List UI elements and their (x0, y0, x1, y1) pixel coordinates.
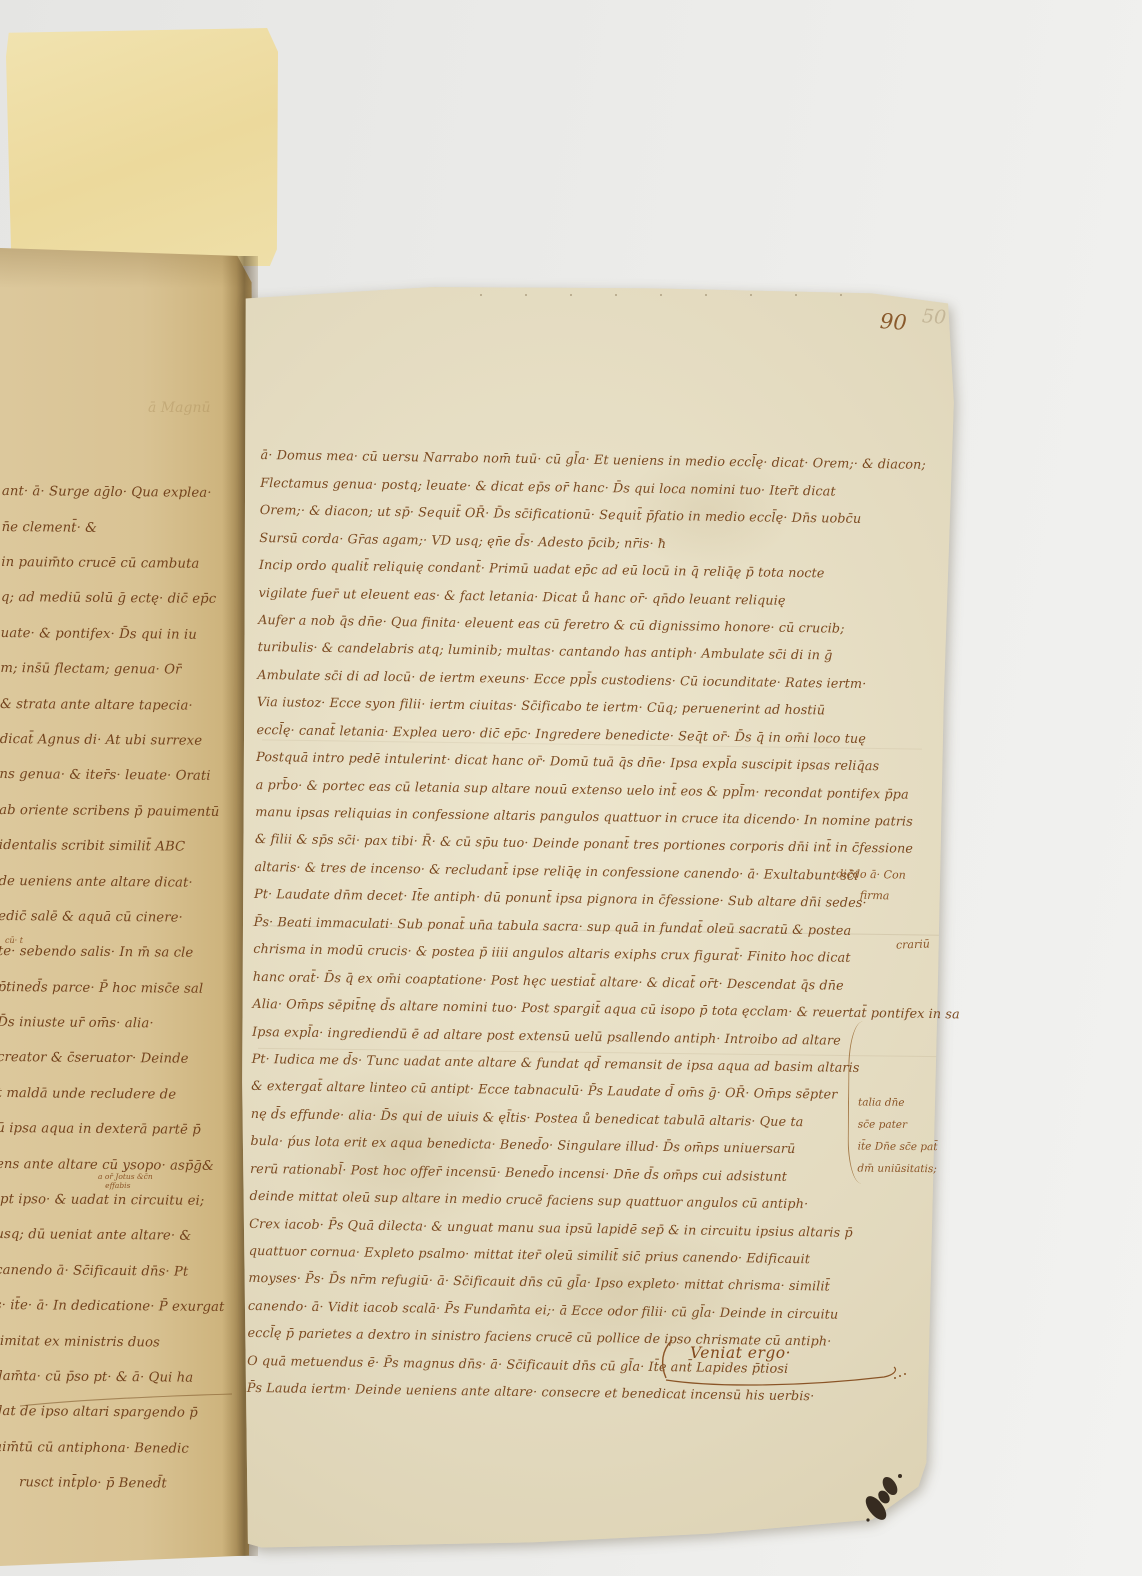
margin-catchword: crariū (896, 937, 930, 951)
margin-note-line: it̄e Dn̄e sc̄e pat̄ (858, 1136, 980, 1159)
folio-number-offset-ghost: 50 (921, 305, 947, 329)
manuscript-line: s· it̄e· ā· In dedicatione· P̄ exurgat (0, 1288, 225, 1325)
manuscript-line: ns genua· & iter̄s· leuate· Orati (0, 757, 229, 794)
manuscript-line: creator & c̄seruator· Deinde (0, 1040, 227, 1077)
manuscript-line: t maldā unde recludere de (0, 1076, 226, 1113)
manuscript-line: ab oriente scribens p̄ pauimentū (0, 793, 229, 830)
margin-bracket-note: talia dn̄esc̄e paterit̄e Dn̄e sc̄e pat̄d… (847, 1021, 980, 1184)
manuscript-line: timitat ex ministris duos (0, 1324, 224, 1361)
manuscript-line: n̄e clement̄· & (1, 510, 231, 547)
margin-note-line: firma (836, 884, 906, 906)
manuscript-line: uate· & pontifex· D̄s qui in iu (1, 616, 231, 653)
manuscript-line: usq; dū ueniat ante altare· & (0, 1217, 225, 1254)
manuscript-line: m; ins̄ū flectam; genua· Or̄ (0, 651, 230, 688)
folio-number: 90 (879, 309, 907, 335)
manuscript-line: D̄s iniuste ur̄ om̄s· alia· (0, 1005, 227, 1042)
manuscript-line: & strata ante altare tapecia· (0, 687, 230, 724)
flyleaf-corner (6, 28, 278, 266)
pricking-dots (480, 294, 860, 298)
underline-flourish (16, 1392, 236, 1414)
manuscript-line: canendo ā· Sc̄ificauit dn̄s· Pt (0, 1253, 225, 1290)
tiny-gloss-note: cū· t (5, 936, 23, 945)
left-page-text-column: ant· ā· Surge aḡlo· Qua explea·n̄e cleme… (0, 368, 233, 1503)
ink-blot (858, 1466, 910, 1532)
manuscript-line: identalis scribit similit̄ ABC (0, 828, 229, 865)
margin-note-confirma: dic̄do ā· Con firma (836, 863, 906, 906)
manuscript-line: edic̄ salē & aquā cū cinere· (0, 899, 228, 936)
manuscript-line: te· sebendo salis· In m̄ sa cle (0, 934, 228, 971)
manuscript-photo: ant· ā· Surge aḡlo· Qua explea·n̄e cleme… (0, 0, 1142, 1576)
main-text-column: ā· Domus mea· cū uersu Narrabo nom̄ tuū·… (247, 360, 862, 1411)
margin-note-line: dm̄ uniūsitatis; (857, 1158, 979, 1181)
manuscript-line: p̄tined̄s parce· P̄ hoc misc̄e sal (0, 970, 227, 1007)
manuscript-line: dam̄ta· cū p̄so pt· & ā· Qui ha (0, 1359, 224, 1396)
closing-note: Veniat ergo· (648, 1334, 918, 1400)
manuscript-line: ant· ā· Surge aḡlo· Qua explea· (2, 474, 232, 511)
margin-note-line: sc̄e pater (858, 1114, 980, 1137)
manuscript-line: dicat̄ Agnus di· At ubi surrexe (0, 722, 230, 759)
manuscript-line: de ueniens ante altare dicat· (0, 863, 228, 900)
manuscript-line: rusct int̄plo· p̄ Bened̄t (0, 1465, 223, 1502)
margin-note-line: dic̄do ā· Con (836, 863, 906, 885)
interlinear-gloss-note: a or̄ Jotus &c̄n effabis (98, 1172, 153, 1190)
manuscript-line: in pauim̄to crucē cū cambuta (1, 545, 231, 582)
manuscript-line: uim̄tū cū antiphona· Benedic (0, 1430, 223, 1467)
manuscript-line: ū ipsa aqua in dexterā partē p̄ (0, 1111, 226, 1148)
faded-ink-ghost: ā Magnū (148, 400, 210, 416)
manuscript-line: q; ad mediū solū ḡ ectę· dic̄ ep̄c (1, 580, 231, 617)
margin-note-line: talia dn̄e (858, 1092, 980, 1115)
closing-note-text: Veniat ergo· (690, 1344, 791, 1362)
